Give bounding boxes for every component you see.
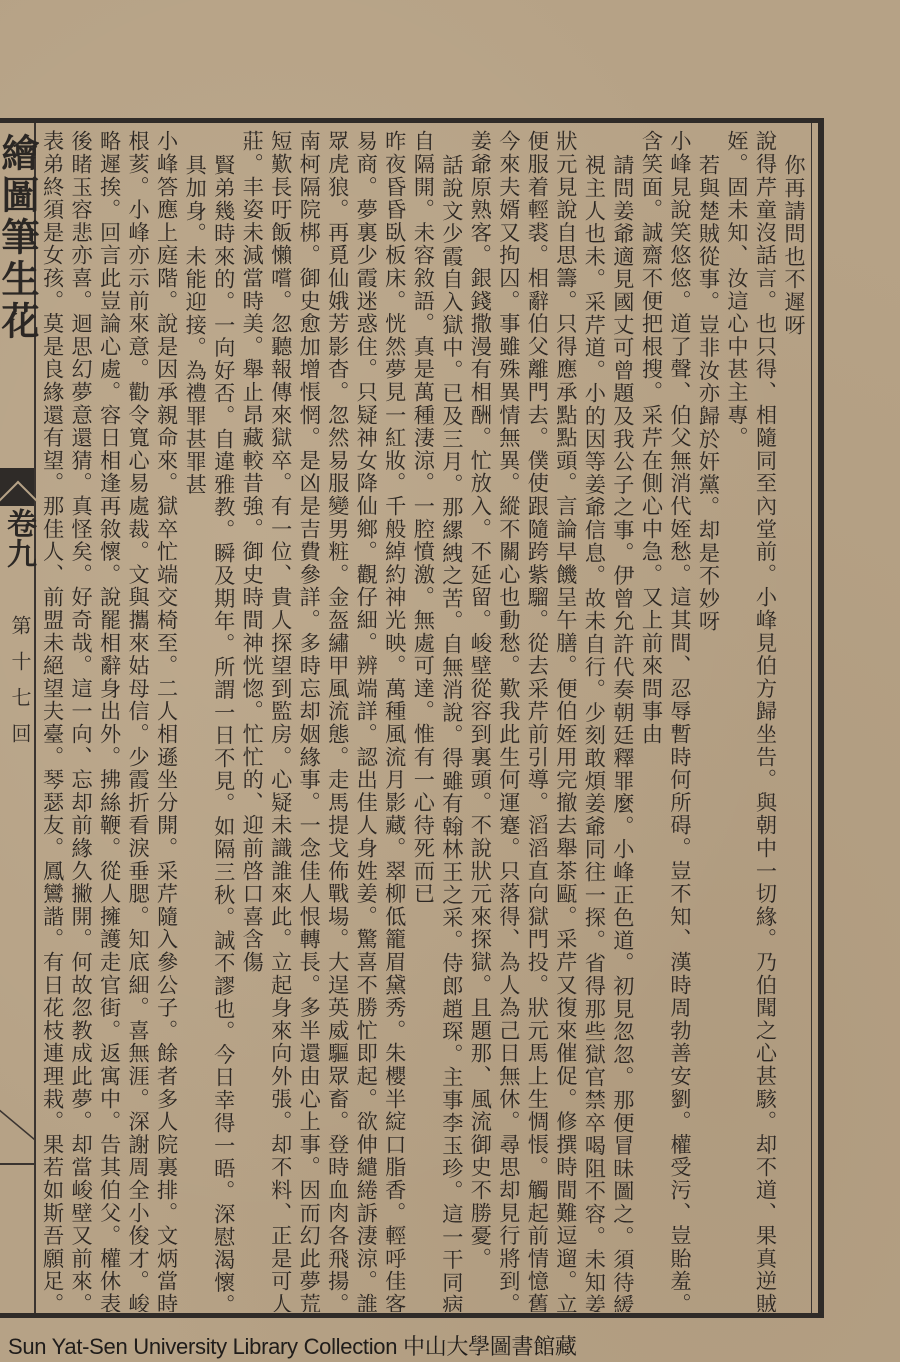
text-column: 視主人也未。采芹道。小的因等姜爺信息。故未自行。少刻敢煩姜爺同往一探。省得那些獄…: [582, 124, 611, 1312]
text-column: 眾虎狼。再覓仙娥芳影杳。忽然易服變男粧。金盔繡甲風流態。走馬提戈佈戰場。大逞英威…: [325, 124, 354, 1312]
text-column: 話說文少霞自入獄中。已及三月。那縲絏之苦。自無消說。得雖有翰林王之采。侍郎趙琛。…: [439, 124, 468, 1312]
text-column: 後睹玉容悲亦喜。迴思幻夢意還猜。真怪矣。好奇哉。這一向、忘却前緣久撇開。何故忽教…: [69, 124, 98, 1312]
lower-fish-tail-icon: [0, 1106, 36, 1182]
text-column: 說得芹童沒話言。也只得、相隨同至內堂前。小峰見伯方歸坐告。與朝中一切緣。乃伯聞之…: [753, 124, 782, 1312]
text-column: 自隔開。未容敘語。真是萬種淒涼。一腔憤激。無處可達。惟有一心待死而已: [411, 124, 440, 1312]
text-column: 昨夜昏昏臥板床。恍然夢見一紅妝。千般綽約神光映。萬種風流月影藏。翠柳低籠眉黛秀。…: [382, 124, 411, 1312]
text-column: 若與楚賊從事。豈非汝亦歸於奸黨。却是不妙呀: [696, 124, 725, 1312]
text-column: 賢弟幾時來的。一向好否。自違雅教。瞬及期年。所謂一日不見。如隔三秋。誠不謬也。今…: [211, 124, 240, 1312]
text-column: 略遲挨。回言此豈論心處。容日相逢再敘懷。說罷相辭身出外。拂絲鞭。從人擁護走官街。…: [97, 124, 126, 1312]
text-column: 具加身。未能迎接。為禮罪甚罪甚: [183, 124, 212, 1312]
text-column: 請問姜爺適見國丈可曾題及我公子之事。伊曾允許代奏朝廷釋罪麼。小峰正色道。初見忽忽…: [610, 124, 639, 1312]
volume-label: 卷九: [2, 508, 34, 568]
text-column: 便服着輕裘。相辭伯父離門去。僕使跟隨跨紫騮。從去采芹前引導。滔滔直向獄門投。狀元…: [525, 124, 554, 1312]
text-column: 南柯隔院梆。御史愈加增悵惘。是凶是吉費參詳。多時忘却姻緣事。一念佳人恨轉長。多半…: [297, 124, 326, 1312]
inner-frame-rule: [811, 123, 812, 1313]
text-column: 莊。丰姿未減當時美。舉止昂藏較昔強。御史時間神恍惚。忙忙的、迎前啓口喜含傷: [240, 124, 269, 1312]
text-column: 易商。夢裏少霞迷惑住。只疑神女降仙鄉。觀仔細。辨端詳。認出佳人身姓姜。驚喜不勝忙…: [354, 124, 383, 1312]
center-fold-margin: 繪圖筆生花 卷九 第十七回: [0, 123, 36, 1313]
chapter-label: 第十七回: [4, 615, 34, 759]
text-column: 小峰見說笑悠悠。道了聲、伯父無消代姪愁。這其間、忍辱暫時何所碍。豈不知、漢時周勃…: [667, 124, 696, 1312]
text-column: 你再請問也不遲呀: [781, 124, 810, 1312]
text-column: 短歎長吁飯懶嚐。忽聽報傳來獄卒。有一位、貴人探望到監房。心疑未識誰來此。立起身來…: [268, 124, 297, 1312]
fish-tail-ornament-icon: [0, 468, 34, 506]
margin-divider: [0, 1163, 36, 1165]
text-column: 含笑面。誠齋不便把根搜。采芹在側心中急。又上前來問事由: [639, 124, 668, 1312]
library-credit: Sun Yat-Sen University Library Collectio…: [8, 1330, 577, 1361]
text-column: 表弟終須是女孩。莫是良緣還有望。那佳人、前盟未絕望夫臺。琴瑟友。鳳鸞諧。有日花枝…: [40, 124, 69, 1312]
text-column: 狀元見說自思籌。只得應承點點頭。言論早饑呈午膳。便伯姪用完撤去舉茶甌。采芹又復來…: [553, 124, 582, 1312]
text-column: 根荄。小峰亦示前來意。勸令寬心易處裁。文與攜來姑母信。少霞折看淚垂腮。知底細。喜…: [126, 124, 155, 1312]
text-column: 姜爺原熟客。銀錢撒漫有相酬。忙放入。不延留。峻壁從容到裏頭。不說狀元來探獄。且題…: [468, 124, 497, 1312]
book-title: 繪圖筆生花: [2, 133, 34, 343]
text-column: 今來夫婿又拘囚。事雖殊異情無異。縱不關心也動愁。歎我此生何運蹇。只落得、為人為己…: [496, 124, 525, 1312]
text-column: 姪。固未知、汝這心中甚主專。: [724, 124, 753, 1312]
text-body: 你再請問也不遲呀說得芹童沒話言。也只得、相隨同至內堂前。小峰見伯方歸坐告。與朝中…: [40, 124, 810, 1312]
text-column: 小峰答應上庭階。說是因承親命來。獄卒忙端交椅至。二人相遜坐分開。采芹隨入參公子。…: [154, 124, 183, 1312]
